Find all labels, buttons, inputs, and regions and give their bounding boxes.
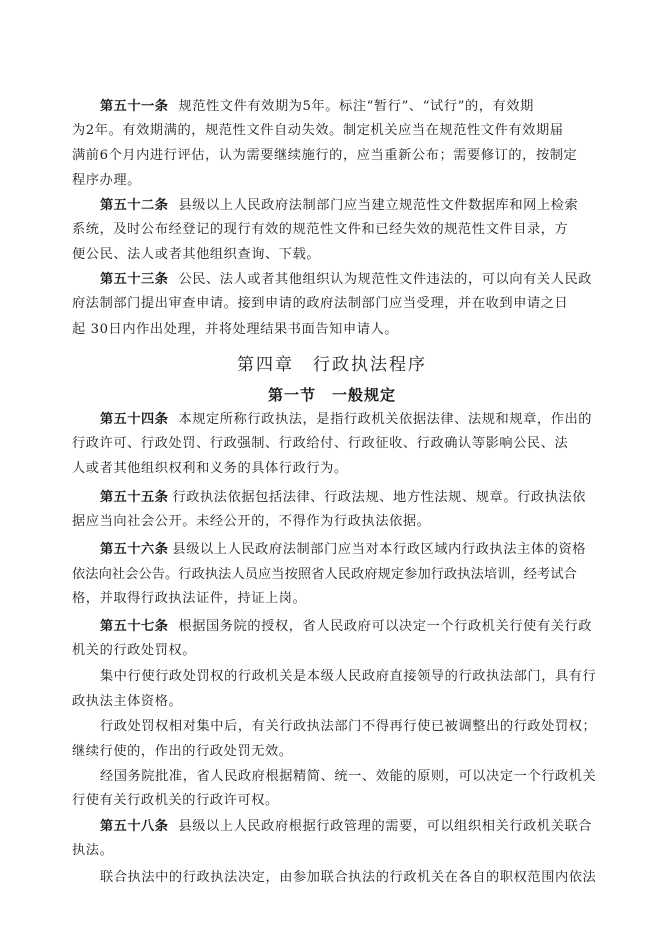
article-52-line-3: 便公民、法人或者其他组织查询、下载。 — [72, 246, 592, 264]
paragraph-3-line-1: 经国务院批准，省人民政府根据精简、统一、效能的原则，可以决定一个行政机关 — [100, 768, 592, 786]
paragraph-1-line-1: 集中行使行政处罚权的行政机关是本级人民政府直接领导的行政执法部门，具有行 — [100, 668, 592, 686]
article-label: 第五十一条 — [100, 99, 168, 114]
article-55-line-2: 据应当向社会公开。未经公开的，不得作为行政执法依据。 — [72, 513, 592, 531]
article-label: 第五十四条 — [100, 412, 168, 427]
paragraph-4-line-1: 联合执法中的行政执法决定，由参加联合执法的行政机关在各自的职权范围内依法 — [100, 869, 592, 887]
article-54-line-2: 行政许可、行政处罚、行政强制、行政给付、行政征收、行政确认等影响公民、法 — [72, 435, 592, 453]
article-56-line-3: 格，并取得行政执法证件，持证上岗。 — [72, 590, 592, 608]
article-53-line-3: 起 30日内作出处理，并将处理结果书面告知申请人。 — [72, 321, 592, 339]
article-56-line-2: 依法向社会公告。行政执法人员应当按照省人民政府规定参加行政执法培训，经考试合 — [72, 566, 592, 584]
article-54-line-3: 人或者其他组织权利和义务的具体行政行为。 — [72, 460, 592, 478]
article-58-line-2: 执法。 — [72, 842, 592, 860]
paragraph-3-line-2: 行使有关行政机关的行政许可权。 — [72, 792, 592, 810]
chapter-title: 第四章 行政执法程序 — [0, 350, 664, 375]
paragraph-2-line-2: 继续行使的，作出的行政处罚无效。 — [72, 743, 592, 761]
article-label: 第五十六条 — [100, 542, 168, 557]
paragraph-2-line-1: 行政处罚权相对集中后，有关行政执法部门不得再行使已被调整出的行政处罚权； — [100, 718, 592, 736]
article-51-line-3: 满前6个月内进行评估，认为需要继续施行的，应当重新公布；需要修订的，按制定 — [72, 147, 592, 165]
section-title: 第一节 一般规定 — [0, 384, 664, 405]
article-56-line-1: 第五十六条县级以上人民政府法制部门应当对本行政区域内行政执法主体的资格 — [100, 541, 592, 559]
article-53-line-1: 第五十三条公民、法人或者其他组织认为规范性文件违法的，可以向有关人民政 — [100, 271, 592, 289]
article-58-line-1: 第五十八条县级以上人民政府根据行政管理的需要，可以组织相关行政机关联合 — [100, 818, 592, 836]
article-52-line-1: 第五十二条县级以上人民政府法制部门应当建立规范性文件数据库和网上检索 — [100, 197, 592, 215]
article-54-line-1: 第五十四条本规定所称行政执法，是指行政机关依据法律、法规和规章，作出的 — [100, 411, 592, 429]
article-51-line-4: 程序办理。 — [72, 172, 592, 190]
article-57-line-1: 第五十七条根据国务院的授权，省人民政府可以决定一个行政机关行使有关行政 — [100, 618, 592, 636]
article-55-line-1: 第五十五条行政执法依据包括法律、行政法规、地方性法规、规章。行政执法依 — [100, 489, 592, 507]
article-label: 第五十五条 — [100, 490, 168, 505]
article-51-line-2: 为2年。有效期满的，规范性文件自动失效。制定机关应当在规范性文件有效期届 — [72, 122, 592, 140]
article-label: 第五十七条 — [100, 619, 168, 634]
article-52-line-2: 系统，及时公布经登记的现行有效的规范性文件和已经失效的规范性文件目录，方 — [72, 221, 592, 239]
paragraph-1-line-2: 政执法主体资格。 — [72, 693, 592, 711]
article-label: 第五十二条 — [100, 198, 168, 213]
article-57-line-2: 机关的行政处罚权。 — [72, 642, 592, 660]
document-page: 第五十一条规范性文件有效期为5年。标注“暂行”、“试行”的，有效期 为2年。有效… — [0, 0, 664, 929]
article-51-line-1: 第五十一条规范性文件有效期为5年。标注“暂行”、“试行”的，有效期 — [100, 98, 592, 116]
article-label: 第五十八条 — [100, 819, 168, 834]
article-53-line-2: 府法制部门提出审查申请。接到申请的政府法制部门应当受理，并在收到申请之日 — [72, 295, 592, 313]
article-label: 第五十三条 — [100, 272, 168, 287]
